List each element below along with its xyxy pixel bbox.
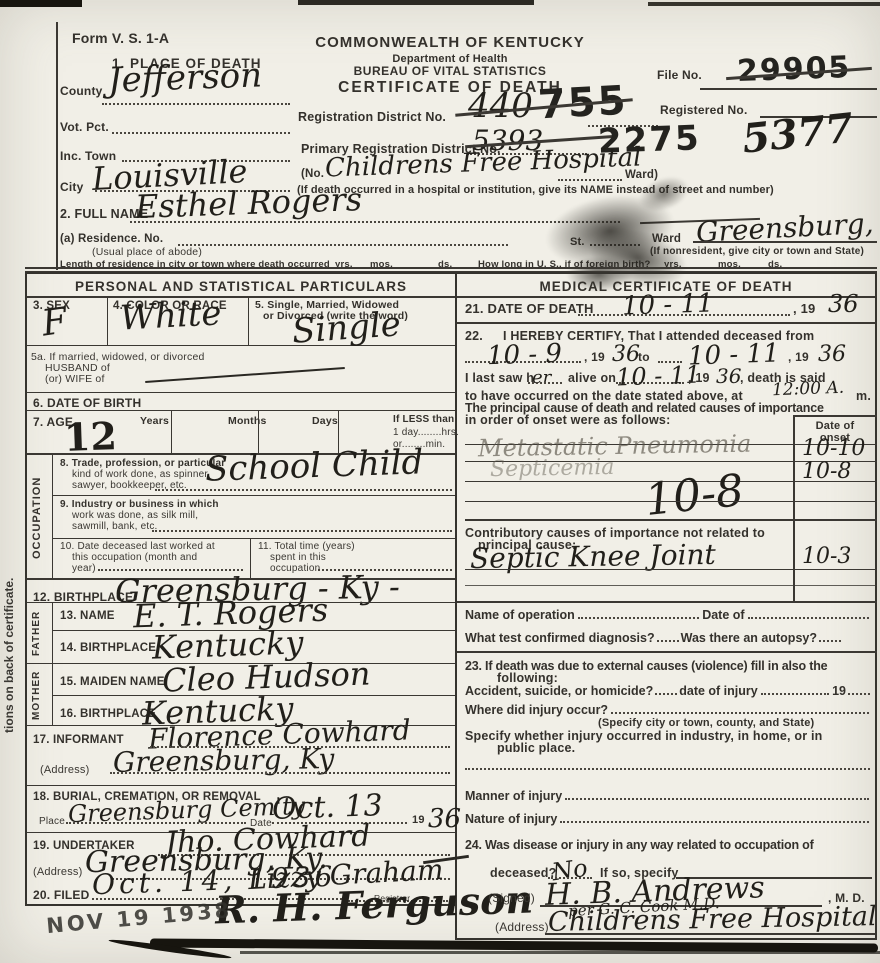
rule <box>565 798 869 800</box>
occurred-time: 12:00 A. <box>772 378 845 401</box>
rule <box>793 415 877 417</box>
date-of-death-label: 21. DATE OF DEATH <box>465 301 594 316</box>
where-injury-row: Where did injury occur? <box>465 703 872 717</box>
rule <box>110 772 450 774</box>
last-worked-label-2: this occupation (month and <box>72 552 197 563</box>
rule <box>611 712 869 714</box>
rule <box>52 663 53 725</box>
where-injury-label: Where did injury occur? <box>465 703 608 717</box>
rule <box>465 501 877 502</box>
age-days-label: Days <box>312 415 338 427</box>
operation-date-label: Date of <box>702 608 744 622</box>
test-confirmed-label: What test confirmed diagnosis? <box>465 631 655 645</box>
item-22-number: 22. <box>465 329 483 343</box>
rule <box>693 241 877 243</box>
rule <box>465 768 870 770</box>
cause-of-death-2: Septicemia <box>490 455 615 482</box>
rule <box>27 296 455 298</box>
nature-of-injury-row: Nature of injury <box>465 812 872 826</box>
industry-label-3: sawmill, bank, etc. <box>72 521 158 532</box>
burial-place-label: Place <box>39 816 65 827</box>
scan-artifact <box>240 951 880 954</box>
hospital-close-label: Ward) <box>625 169 658 181</box>
rule <box>27 345 455 346</box>
trade-value: School Child <box>204 442 424 490</box>
rule <box>528 382 562 384</box>
last-saw-text-1: I last saw h <box>465 371 534 385</box>
date-of-death-year: 36 <box>828 290 859 318</box>
occurred-meridiem: m. <box>856 389 871 403</box>
rule <box>178 244 508 246</box>
registration-district-struck: 440 <box>468 86 533 126</box>
date-of-death-year-prefix: , 19 <box>793 301 815 316</box>
registration-district-label: Registration District No. <box>298 110 446 124</box>
cause-overwrite-value: 10-8 <box>643 465 747 526</box>
rule <box>102 103 290 105</box>
race-value: White <box>119 293 222 338</box>
attended-to-year: 36 <box>818 342 846 367</box>
autopsy-label: Was there an autopsy? <box>681 631 817 645</box>
last-worked-label-1: 10. Date deceased last worked at <box>60 541 215 552</box>
voting-precinct-label: Vot. Pct. <box>60 120 109 134</box>
file-no-label: File No. <box>657 68 702 82</box>
rule <box>748 617 869 619</box>
filed-label: 20. FILED <box>33 888 89 902</box>
diagnosis-test-row: What test confirmed diagnosis? Was there… <box>465 631 872 645</box>
specify-injury-text-2: public place. <box>497 741 575 755</box>
divider <box>25 267 877 269</box>
date-of-death-value: 10 - 11 <box>622 288 714 321</box>
principal-cause-text-2: in order of onset were as follows: <box>465 413 670 427</box>
trade-label-2: kind of work done, as spinner, <box>72 469 210 480</box>
rule <box>52 453 53 578</box>
bureau-subtitle: BUREAU OF VITAL STATISTICS <box>270 64 630 78</box>
residence-label: (a) Residence. No. <box>60 233 163 245</box>
rule <box>655 693 677 695</box>
rule <box>152 530 452 532</box>
father-side-label: FATHER <box>31 608 42 658</box>
rule <box>560 821 869 823</box>
rule <box>27 785 455 786</box>
rule <box>52 602 53 663</box>
age-months-label: Months <box>228 415 267 427</box>
rule <box>761 693 829 695</box>
manner-of-injury-label: Manner of injury <box>465 789 562 803</box>
abode-note: (Usual place of abode) <box>92 246 202 258</box>
scan-artifact <box>0 0 82 7</box>
last-saw-year: 36 <box>716 364 741 388</box>
city-label: City <box>60 180 83 194</box>
rule <box>457 322 875 324</box>
rule <box>27 392 455 393</box>
cause-1-onset-date: 10-10 <box>802 436 865 461</box>
age-less-label-1: If LESS than <box>393 414 454 425</box>
manner-of-injury-row: Manner of injury <box>465 789 872 803</box>
rule <box>155 489 452 491</box>
hospital-open-label: (No. <box>301 168 324 180</box>
age-less-label-2: 1 day........hrs. <box>393 427 459 438</box>
rule <box>700 88 877 90</box>
rule <box>819 640 841 642</box>
industry-label-2: work was done, as silk mill, <box>72 510 198 521</box>
physician-address-label: (Address) <box>495 920 549 934</box>
contributory-onset-date: 10-3 <box>802 544 851 569</box>
death-certificate-page: tions on back of certificate. Form V. S.… <box>0 0 880 963</box>
accident-row: Accident, suicide, or homicide? date of … <box>465 684 872 698</box>
operation-row: Name of operation Date of <box>465 608 872 622</box>
marital-value: Single <box>291 304 402 351</box>
accident-label: Accident, suicide, or homicide? <box>465 684 653 698</box>
total-time-label-2: spent in this <box>270 552 326 563</box>
registered-no-value: 5377 <box>740 104 856 162</box>
scan-artifact <box>648 2 880 6</box>
date-of-onset-header-1: Date of <box>795 420 875 432</box>
last-saw-text-2: alive on <box>568 371 616 385</box>
personal-header: PERSONAL AND STATISTICAL PARTICULARS <box>25 279 457 294</box>
mother-maiden-name-label: 15. MAIDEN NAME <box>60 676 165 688</box>
rule <box>545 933 875 935</box>
trade-label-1: 8. Trade, profession, or particular <box>60 458 225 469</box>
rule <box>52 538 455 539</box>
where-injury-note: (Specify city or town, county, and State… <box>598 717 814 729</box>
rule <box>657 640 679 642</box>
form-number: Form V. S. 1-A <box>72 30 169 46</box>
occupation-side-label: OCCUPATION <box>31 466 43 570</box>
rule <box>558 179 622 181</box>
rule <box>848 693 870 695</box>
rule <box>578 617 699 619</box>
rule <box>465 585 877 586</box>
attended-to-year-prefix: , 19 <box>788 350 809 364</box>
operation-label: Name of operation <box>465 608 575 622</box>
rule <box>107 296 108 345</box>
divider <box>56 22 58 270</box>
rule <box>52 495 455 496</box>
rule <box>112 132 290 134</box>
rule <box>248 296 249 345</box>
county-value: Jefferson <box>107 55 262 100</box>
age-years-label: Years <box>140 415 169 427</box>
date-of-birth-label: 6. DATE OF BIRTH <box>33 396 141 410</box>
attended-from-year-prefix: , 19 <box>584 350 605 364</box>
hospital-note: (If death occurred in a hospital or inst… <box>297 184 774 196</box>
informant-address-label: (Address) <box>40 764 89 776</box>
scan-artifact <box>298 0 534 5</box>
rule <box>27 410 455 411</box>
registered-no-label: Registered No. <box>660 103 748 117</box>
father-name-label: 13. NAME <box>60 610 115 622</box>
date-of-injury-label: date of injury <box>679 684 757 698</box>
burial-year-value: 36 <box>428 804 461 834</box>
rule <box>457 651 877 653</box>
industry-label-1: 9. Industry or business in which <box>60 499 219 510</box>
nature-of-injury-label: Nature of injury <box>465 812 557 826</box>
rule <box>457 601 877 603</box>
item-23-text-2: following: <box>497 671 558 685</box>
rule <box>465 519 877 521</box>
county-label: County <box>60 84 103 98</box>
burial-year-prefix: 19 <box>412 814 425 826</box>
rule <box>171 410 172 453</box>
full-name-value: Esthel Rogers <box>134 180 362 226</box>
total-time-label-1: 11. Total time (years) <box>258 541 355 552</box>
last-saw-year-prefix: , 19 <box>688 371 710 385</box>
informant-label: 17. INFORMANT <box>33 734 124 746</box>
item-24-text: 24. Was disease or injury in any way rel… <box>465 838 814 852</box>
injury-year-label: 19 <box>832 684 846 698</box>
father-birthplace-label: 14. BIRTHPLACE <box>60 642 156 654</box>
mother-side-label: MOTHER <box>31 670 42 720</box>
age-value: 12 <box>63 413 117 460</box>
last-saw-her: er <box>532 367 551 388</box>
commonwealth-title: COMMONWEALTH OF KENTUCKY <box>270 34 630 51</box>
signed-label: (Signed) <box>488 891 535 905</box>
married-to-label-3: (or) WIFE of <box>45 373 105 385</box>
margin-note: tions on back of certificate. <box>2 440 16 870</box>
rule <box>465 569 877 570</box>
undertaker-address-label: (Address) <box>33 866 82 878</box>
last-worked-label-3: year) <box>72 563 96 574</box>
